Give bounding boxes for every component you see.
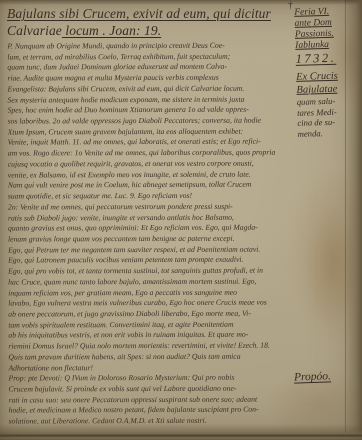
manuscript-line: Ego, qui Petrum ter me negantem tam suav…	[8, 244, 302, 256]
manuscript-line: am vos. Rogo dicere: 1o Venite ad me omn…	[8, 148, 302, 160]
title-line-2-citation: locum . Joan: 19.	[62, 23, 161, 38]
manuscript-line: riemini Domus Israel? Quia nolo mortem m…	[8, 341, 302, 353]
margin-propositio-note: Propóo.	[294, 370, 331, 383]
page-right-edge	[344, 0, 362, 440]
title-line-1: Bajulans sibi Crucem, exivit ad eum, qui…	[7, 5, 307, 22]
title-line-2: Calvariae locum . Joan: 19.	[7, 22, 307, 39]
manuscript-line: lavabo, Ego vulnera vestra meis vulnerib…	[8, 298, 302, 310]
manuscript-line: Ego, qui pro vobis tot, et tanta torment…	[8, 266, 302, 278]
manuscript-line: sos laboribus. 2o ad valde oppressos jug…	[8, 116, 302, 128]
manuscript-page: † Bajulans sibi Crucem, exivit ad eum, q…	[0, 0, 362, 440]
title-line-1-text: Bajulans sibi Crucem, exivit ad eum, qui…	[7, 6, 271, 21]
manuscript-line: hodie, et medicinam a Medico nostro peta…	[9, 405, 303, 417]
page-title: Bajulans sibi Crucem, exivit ad eum, qui…	[7, 5, 307, 39]
body-text: P. Nunquam ab Origine Mundi, quando in p…	[7, 40, 302, 427]
page-bottom-edge	[0, 424, 362, 440]
page-top-edge	[0, 0, 362, 5]
title-line-2-plain: Calvariae	[7, 23, 62, 38]
